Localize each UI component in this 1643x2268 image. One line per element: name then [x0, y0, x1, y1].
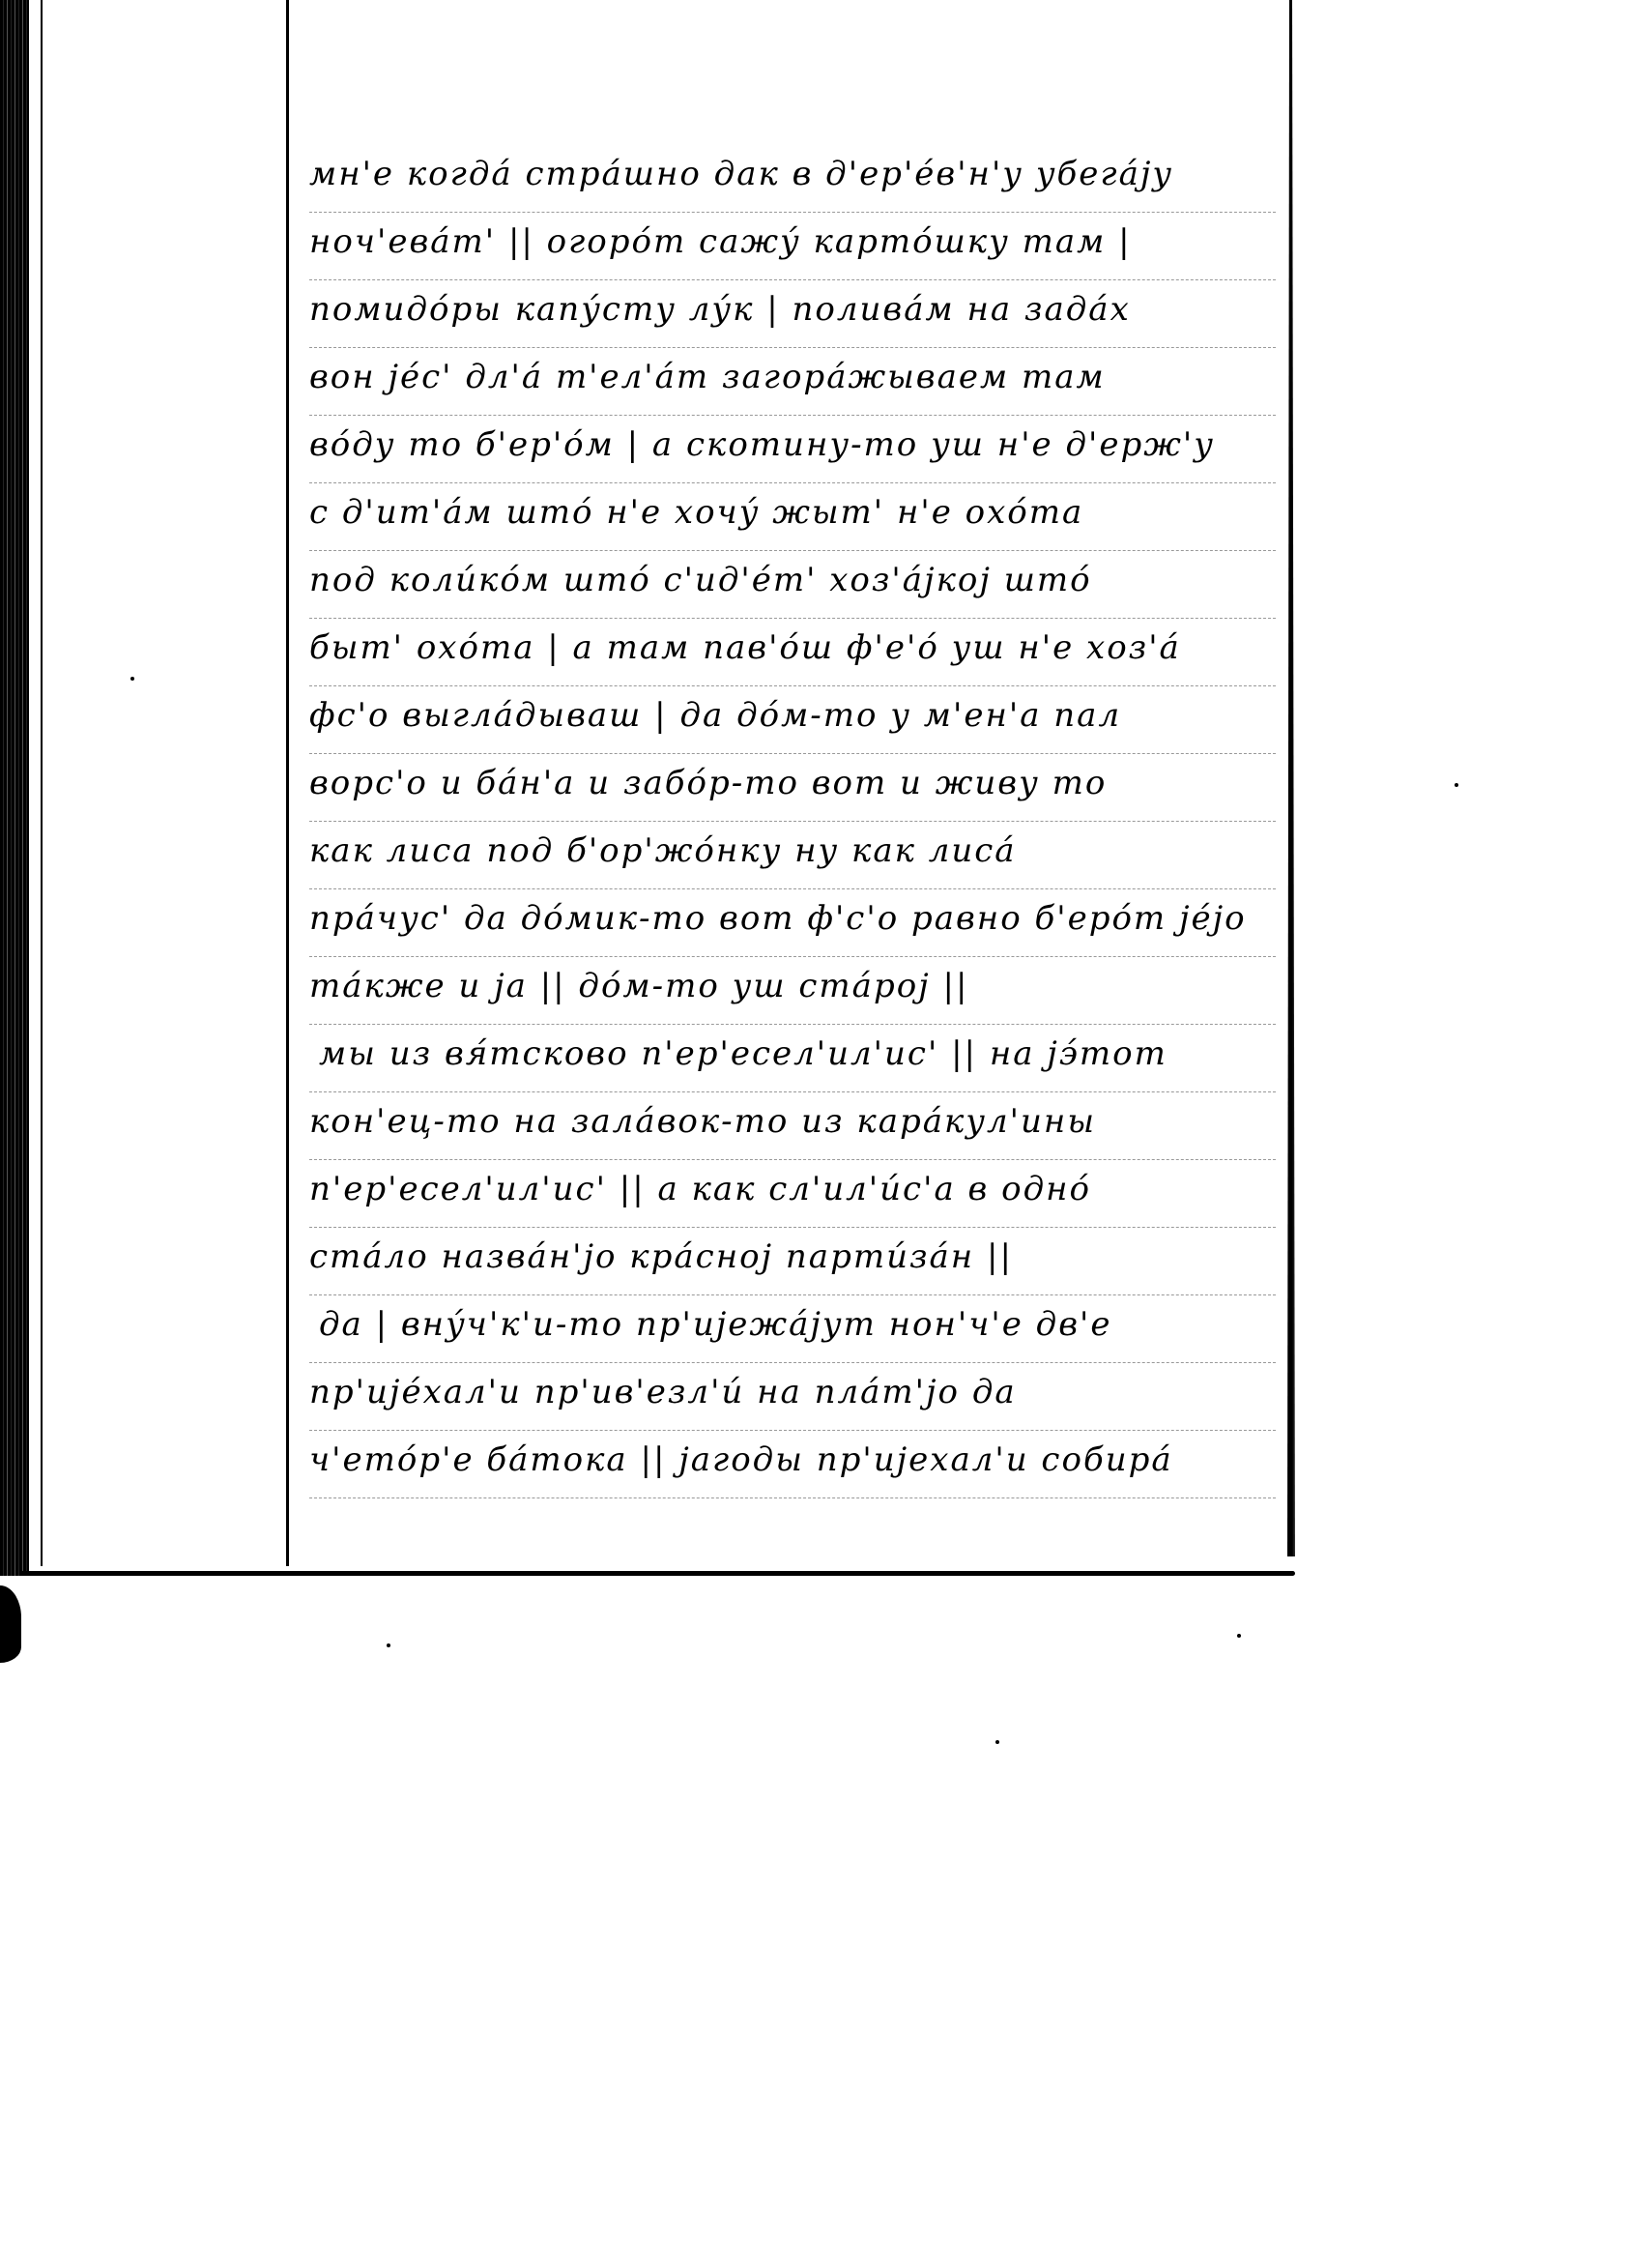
left-margin-rule	[286, 0, 289, 1566]
text-line: мн'е когда́ стра́шно дак в д'ер'е́в'н'у …	[309, 145, 1276, 213]
text-line: мы из вя́тсково п'ер'есел'ил'ис' || на ј…	[309, 1025, 1276, 1092]
handwritten-text-block: мн'е когда́ стра́шно дак в д'ер'е́в'н'у …	[309, 145, 1276, 1498]
text-line: как лиса под б'ор'жо́нку ну как лиса́	[309, 822, 1276, 889]
text-line: во́ду то б'ер'о́м | а скотину-то уш н'е …	[309, 416, 1276, 483]
notebook-binding-shadow	[0, 0, 29, 1576]
text-line: фс'о выгла́дываш | да до́м-то у м'ен'а п…	[309, 686, 1276, 754]
scan-speck	[130, 677, 134, 681]
page-bottom-edge	[19, 1571, 1295, 1576]
text-line: вон је́с' дл'а́ т'ел'а́т загора́жываем т…	[309, 348, 1276, 416]
scan-speck	[995, 1740, 999, 1744]
text-line: кон'ец-то на зала́вок-то из кара́кул'ины	[309, 1092, 1276, 1160]
binding-clip-shadow	[0, 1585, 21, 1663]
text-line: ч'ето́р'е ба́тока || јагоды пр'ијехал'и …	[309, 1431, 1276, 1498]
text-line: быт' охо́та | а там пав'о́ш ф'е'о́ уш н'…	[309, 619, 1276, 686]
text-line: ноч'ева́т' || огоро́т сажу́ карто́шку та…	[309, 213, 1276, 280]
text-line: та́кже и ја || до́м-то уш ста́рој ||	[309, 957, 1276, 1025]
text-line: под коли́ко́м што́ с'ид'е́т' хоз'а́јкој …	[309, 551, 1276, 619]
scanned-page: мн'е когда́ стра́шно дак в д'ер'е́в'н'у …	[0, 0, 1643, 2268]
scan-speck	[1455, 783, 1458, 787]
scan-speck	[387, 1643, 390, 1647]
text-line: пра́чус' да до́мик-то вот ф'с'о равно б'…	[309, 889, 1276, 957]
text-line: с д'ит'а́м што́ н'е хочу́ жыт' н'е охо́т…	[309, 483, 1276, 551]
text-line: пр'ије́хал'и пр'ив'езл'и́ на пла́т'јо да	[309, 1363, 1276, 1431]
right-page-border	[1285, 0, 1295, 1556]
text-line: п'ер'есел'ил'ис' || а как сл'ил'и́с'а в …	[309, 1160, 1276, 1228]
text-line: помидо́ры капу́сту лу́к | полива́м на за…	[309, 280, 1276, 348]
scan-speck	[1237, 1634, 1241, 1638]
text-line: ворс'о и ба́н'а и забо́р-то вот и живу т…	[309, 754, 1276, 822]
page-left-edge	[41, 0, 43, 1566]
text-line: ста́ло назва́н'јо кра́сној парти́за́н ||	[309, 1228, 1276, 1295]
text-line: да | вну́ч'к'и-то пр'ијежа́јут нон'ч'е д…	[309, 1295, 1276, 1363]
